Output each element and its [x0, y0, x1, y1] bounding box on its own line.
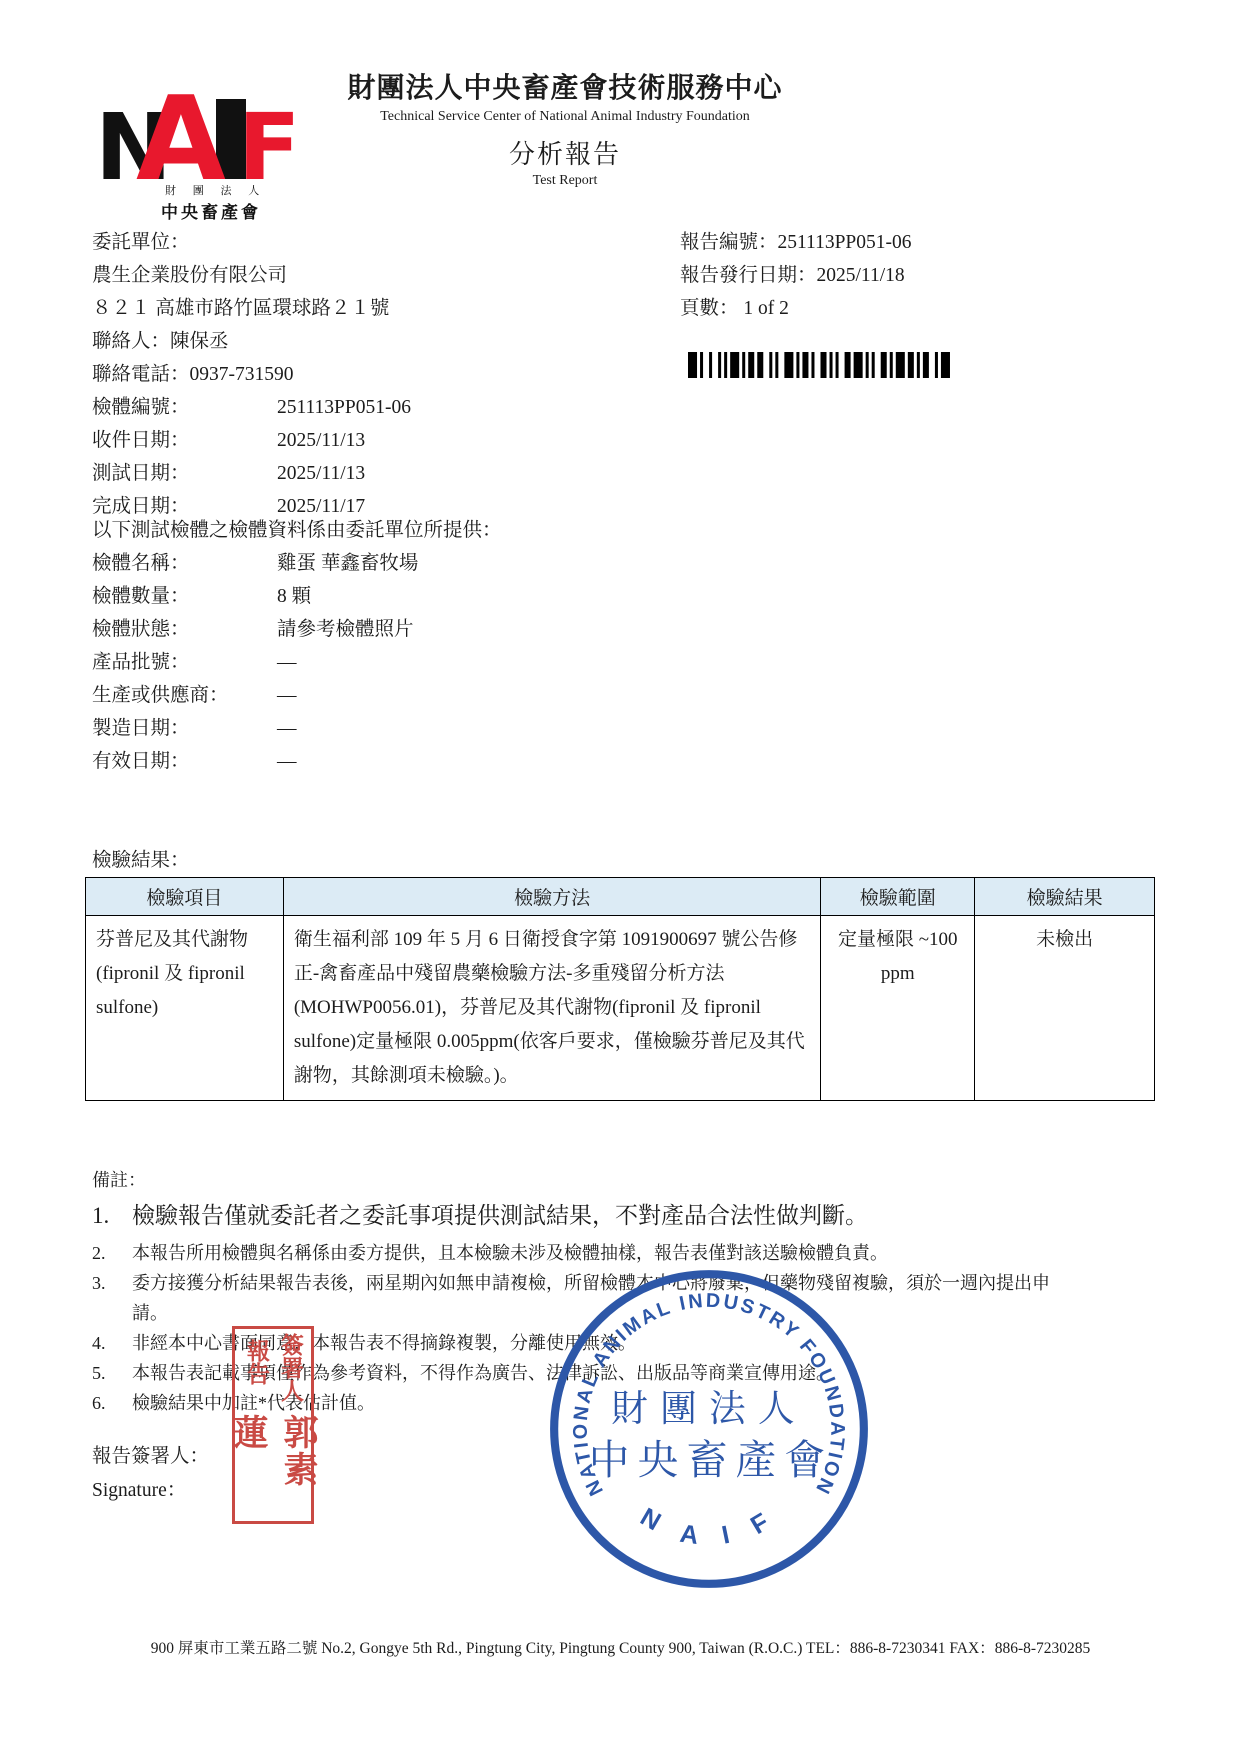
sample-row: 檢體數量：8 顆 [92, 580, 502, 613]
note-number: 2. [92, 1238, 132, 1268]
tested-date-row: 測試日期：2025/11/13 [92, 457, 411, 490]
result-method-cell: 衛生福利部 109 年 5 月 6 日衛授食字第 1091900697 號公告修… [283, 916, 820, 1101]
results-header-row: 檢驗項目 檢驗方法 檢驗範圍 檢驗結果 [86, 878, 1155, 916]
stamp-col-right: 簽署人 [278, 1333, 303, 1402]
logo-letter-a: A [136, 72, 226, 207]
test-report-page: NAF 財 團 法 人 中央畜產會 財團法人中央畜產會技術服務中心 Techni… [0, 0, 1241, 1755]
results-data-row: 芬普尼及其代謝物(fipronil 及 fipronil sulfone) 衛生… [86, 916, 1155, 1101]
note-number: 3. [92, 1268, 132, 1298]
tested-date-label: 測試日期： [92, 457, 277, 490]
report-no-row: 報告編號：251113PP051-06 [680, 226, 912, 259]
report-info-block: 報告編號：251113PP051-06 報告發行日期：2025/11/18 頁數… [680, 226, 912, 325]
stamp-col-left: 報告 [244, 1333, 269, 1385]
note-item-1: 1. 檢驗報告僅就委託者之委託事項提供測試結果，不對產品合法性做判斷。 [92, 1198, 1077, 1234]
sample-no-label: 檢體編號： [92, 391, 277, 424]
sample-row: 製造日期：— [92, 712, 502, 745]
note-number: 5. [92, 1358, 132, 1388]
pages-label: 頁數： [680, 298, 739, 319]
signer-label-en: Signature： [92, 1474, 209, 1508]
issue-date-value: 2025/11/18 [817, 265, 905, 286]
issue-date-label: 報告發行日期： [680, 265, 817, 286]
results-table: 檢驗項目 檢驗方法 檢驗範圍 檢驗結果 芬普尼及其代謝物(fipronil 及 … [85, 877, 1155, 1101]
sample-row: 檢體狀態：請參考檢體照片 [92, 613, 502, 646]
col-header-result: 檢驗結果 [975, 878, 1155, 916]
received-date-row: 收件日期：2025/11/13 [92, 424, 411, 457]
note-number: 1. [92, 1198, 132, 1234]
signer-stamp-title: 簽署人報告 [239, 1333, 307, 1412]
client-label: 委託單位： [92, 226, 411, 259]
col-header-item: 檢驗項目 [86, 878, 284, 916]
note-text: 檢驗報告僅就委託者之委託事項提供測試結果，不對產品合法性做判斷。 [132, 1198, 868, 1234]
client-name: 農生企業股份有限公司 [92, 259, 411, 292]
report-no-label: 報告編號： [680, 232, 778, 253]
sample-no-row: 檢體編號：251113PP051-06 [92, 391, 411, 424]
seal-bottom-text: N A I F [636, 1503, 783, 1552]
sample-row: 產品批號：— [92, 646, 502, 679]
naif-logo: NAF 財 團 法 人 中央畜產會 [95, 72, 295, 223]
mfg-date-value: — [277, 718, 297, 739]
signer-stamp-name: 郭素蓮 [223, 1414, 323, 1517]
pages-row: 頁數： 1 of 2 [680, 292, 912, 325]
result-value-cell: 未檢出 [975, 916, 1155, 1101]
tested-date-value: 2025/11/13 [277, 463, 365, 484]
seal-center-line2: 中央畜產會 [589, 1438, 834, 1483]
note-text: 本報告所用檢體與名稱係由委方提供，且本檢驗未涉及檢體抽樣，報告表僅對該送驗檢體負… [132, 1238, 888, 1268]
note-number: 4. [92, 1328, 132, 1358]
received-date-label: 收件日期： [92, 424, 277, 457]
col-header-method: 檢驗方法 [283, 878, 820, 916]
batch-no-label: 產品批號： [92, 646, 277, 679]
producer-label: 生產或供應商： [92, 679, 277, 712]
sample-row: 檢體名稱：雞蛋 華鑫畜牧場 [92, 547, 502, 580]
result-item-cell: 芬普尼及其代謝物(fipronil 及 fipronil sulfone) [86, 916, 284, 1101]
col-header-range: 檢驗範圍 [821, 878, 975, 916]
sample-row: 有效日期：— [92, 745, 502, 778]
note-item-2: 2. 本報告所用檢體與名稱係由委方提供，且本檢驗未涉及檢體抽樣，報告表僅對該送驗… [92, 1238, 1077, 1268]
sample-qty-label: 檢體數量： [92, 580, 277, 613]
sample-no-value: 251113PP051-06 [277, 397, 411, 418]
client-info-block: 委託單位： 農生企業股份有限公司 ８２１ 高雄市路竹區環球路２１號 聯絡人：陳保… [92, 226, 411, 523]
result-range-cell: 定量極限 ~100 ppm [821, 916, 975, 1101]
results-title: 檢驗結果： [92, 844, 190, 872]
barcode [688, 352, 956, 378]
foundation-seal: NATIONAL ANIMAL INDUSTRY FOUNDATION N A … [546, 1266, 872, 1592]
note-number: 6. [92, 1388, 132, 1418]
seal-center-line1: 財團法人 [611, 1388, 807, 1429]
signer-label-zh: 報告簽署人： [92, 1440, 209, 1474]
svg-text:N A I F: N A I F [636, 1503, 783, 1552]
logo-letter-f: F [238, 94, 301, 201]
notes-title: 備註： [92, 1166, 1077, 1192]
client-contact: 聯絡人：陳保丞 [92, 325, 411, 358]
signer-stamp: 簽署人報告 郭素蓮 [232, 1326, 314, 1524]
client-phone: 聯絡電話：0937-731590 [92, 358, 411, 391]
batch-no-value: — [277, 652, 297, 673]
issue-date-row: 報告發行日期：2025/11/18 [680, 259, 912, 292]
sample-intro: 以下測試檢體之檢體資料係由委託單位所提供： [92, 514, 502, 547]
sample-name-value: 雞蛋 華鑫畜牧場 [277, 553, 418, 574]
footer-address: 900 屏東市工業五路二號 No.2, Gongye 5th Rd., Ping… [0, 1636, 1241, 1658]
mfg-date-label: 製造日期： [92, 712, 277, 745]
sample-state-label: 檢體狀態： [92, 613, 277, 646]
sample-info-block: 以下測試檢體之檢體資料係由委託單位所提供： 檢體名稱：雞蛋 華鑫畜牧場 檢體數量… [92, 514, 502, 778]
exp-date-label: 有效日期： [92, 745, 277, 778]
client-address: ８２１ 高雄市路竹區環球路２１號 [92, 292, 411, 325]
sample-qty-value: 8 顆 [277, 586, 311, 607]
report-no-value: 251113PP051-06 [778, 232, 912, 253]
sample-name-label: 檢體名稱： [92, 547, 277, 580]
producer-value: — [277, 685, 297, 706]
sample-state-value: 請參考檢體照片 [277, 619, 414, 640]
pages-value: 1 of 2 [743, 298, 789, 319]
exp-date-value: — [277, 751, 297, 772]
sample-row: 生產或供應商：— [92, 679, 502, 712]
received-date-value: 2025/11/13 [277, 430, 365, 451]
signature-labels: 報告簽署人： Signature： [92, 1440, 209, 1508]
